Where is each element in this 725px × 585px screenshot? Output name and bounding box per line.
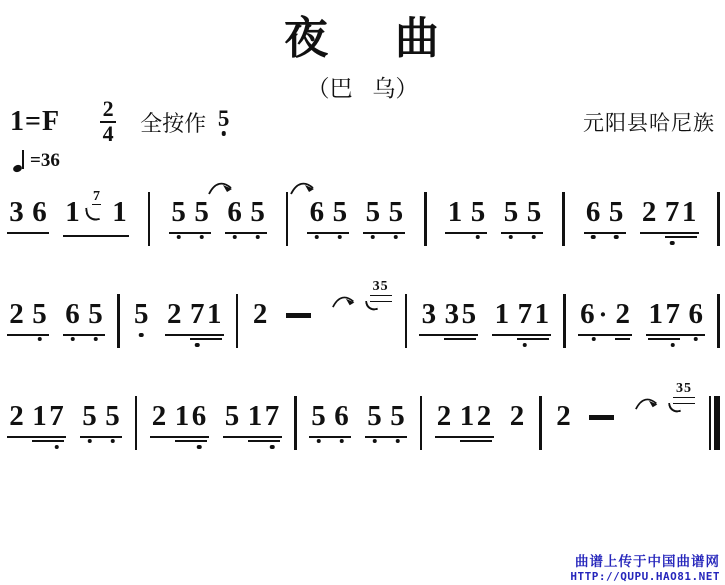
- note: 1: [648, 300, 663, 329]
- measure: 216517: [148, 402, 284, 438]
- barline: [562, 192, 565, 246]
- dash-note: [286, 300, 311, 318]
- note-number: 5: [367, 402, 382, 431]
- sixteenth-subgroup: 12: [460, 402, 492, 431]
- low-octave-dot: [87, 439, 92, 444]
- barline: [717, 294, 720, 348]
- page-title: 夜 曲: [0, 2, 725, 66]
- low-octave-dot: [395, 439, 400, 444]
- octave-dot: [221, 131, 226, 136]
- augmentation-dot: ·: [599, 302, 608, 328]
- beam-group: 65: [63, 300, 105, 336]
- note: 1: [447, 198, 462, 227]
- note: 2: [642, 198, 657, 227]
- note-number: 5: [82, 402, 97, 431]
- note: 7: [49, 402, 64, 431]
- low-octave-dot: [591, 337, 596, 342]
- low-octave-dot: [316, 439, 321, 444]
- low-octave-dot: [338, 235, 343, 240]
- low-octave-dot: [339, 439, 344, 444]
- beam-group: 55: [365, 402, 407, 438]
- time-signature-numerator: 2: [103, 99, 114, 120]
- note-number: 1: [248, 402, 263, 431]
- note-number: 6: [192, 402, 207, 431]
- note: 3: [9, 198, 24, 227]
- note-number: 6: [227, 198, 242, 227]
- note: 2: [9, 402, 24, 431]
- note-number: 5: [333, 198, 348, 227]
- note-number: 5: [504, 198, 519, 227]
- measure: 65271: [582, 198, 701, 234]
- sixteenth-subgroup: 71: [665, 198, 697, 227]
- final-barline-thin: [709, 396, 712, 450]
- barline: [717, 192, 720, 246]
- low-octave-dot: [255, 235, 260, 240]
- note-number: 1: [682, 198, 697, 227]
- barline: [135, 396, 138, 450]
- barline: [117, 294, 120, 348]
- measure: 5565: [167, 198, 269, 234]
- beam-group: 2: [508, 402, 527, 436]
- barline: [563, 294, 566, 348]
- sixteenth-subgroup: 71: [517, 300, 549, 329]
- note: 1: [32, 402, 47, 431]
- note: 5: [250, 198, 265, 227]
- note-number: 1: [460, 402, 475, 431]
- beam-group: 65: [584, 198, 626, 234]
- note-number: 1: [112, 198, 127, 227]
- note: 5: [365, 198, 380, 227]
- note-number: 2: [616, 300, 631, 329]
- barline: [294, 396, 297, 450]
- note: 6: [688, 300, 703, 329]
- low-octave-dot: [591, 235, 596, 240]
- note: 5: [503, 198, 518, 227]
- note: 7: [517, 300, 532, 329]
- note-number: 7: [190, 300, 205, 329]
- note: 2: [9, 300, 24, 329]
- note-number: 2: [556, 402, 571, 431]
- watermark: 曲谱上传于中国曲谱网 HTTP://QUPU.HAO81.NET: [570, 550, 720, 583]
- key-row: 1=F 2 4 全按作 5 元阳县哈尼族: [10, 100, 715, 144]
- low-octave-dot: [199, 235, 204, 240]
- note-number: 6: [65, 300, 80, 329]
- fingering-instruction: 全按作 5: [140, 107, 231, 138]
- note-number: 2: [9, 402, 24, 431]
- low-octave-dot: [509, 235, 514, 240]
- half-note-dash: [589, 415, 614, 420]
- note: 2: [437, 402, 452, 431]
- note: 6: [334, 402, 349, 431]
- note-number: 5: [88, 300, 103, 329]
- note-number: 5: [225, 402, 240, 431]
- note-number: 2: [253, 300, 268, 329]
- sixteenth-subgroup: 35: [444, 300, 476, 329]
- note-number: 1: [65, 198, 80, 227]
- note-number: 5: [527, 198, 542, 227]
- note-number: 1: [448, 198, 463, 227]
- half-note-dash: [286, 313, 311, 318]
- note: 5: [134, 300, 149, 329]
- note-number: 2: [167, 300, 182, 329]
- beam-group: 55: [169, 198, 211, 234]
- note-number: 2: [152, 402, 167, 431]
- note: 7: [665, 198, 680, 227]
- beam-group: 65: [225, 198, 267, 234]
- note-number: 3: [9, 198, 24, 227]
- note: 1: [494, 300, 509, 329]
- note-number: 5: [609, 198, 624, 227]
- beam-group: 55: [501, 198, 543, 234]
- low-octave-dot: [197, 445, 202, 450]
- note-number: 5: [471, 198, 486, 227]
- barline: [539, 396, 542, 450]
- note: 7: [190, 300, 205, 329]
- beam-group: 216: [150, 402, 209, 438]
- note-number: 5: [194, 198, 209, 227]
- note: 1: [248, 402, 263, 431]
- measure: 2122: [433, 402, 529, 438]
- low-octave-dot: [671, 343, 676, 348]
- note: 5: [225, 402, 240, 431]
- note-number: 3: [445, 300, 460, 329]
- glissando-arrow-icon: [331, 293, 359, 311]
- note-number: 1: [535, 300, 550, 329]
- note-number: 6: [334, 402, 349, 431]
- ornament-grace-notes: 35: [676, 382, 692, 396]
- note: 2: [167, 300, 182, 329]
- beam-group: [284, 300, 313, 323]
- note-number: 1: [32, 402, 47, 431]
- final-barline-thick: [714, 396, 720, 450]
- note-number: 6: [32, 198, 47, 227]
- note-number: 7: [666, 300, 681, 329]
- portamento-arrow-icon: [207, 180, 237, 197]
- note-number: 5: [390, 402, 405, 431]
- sixteenth-subgroup: 16: [175, 402, 207, 431]
- low-octave-dot: [315, 235, 320, 240]
- watermark-url: HTTP://QUPU.HAO81.NET: [570, 570, 720, 583]
- time-signature-denominator: 4: [103, 124, 114, 145]
- note: 3: [421, 300, 436, 329]
- ornament-grace-notes: 35: [373, 280, 389, 294]
- glissando-arrow-icon: [634, 395, 662, 413]
- note: 5: [390, 402, 405, 431]
- grace-note-number: 7: [92, 189, 101, 205]
- beam-group: 171: [492, 300, 551, 336]
- note-number: 5: [366, 198, 381, 227]
- ending-ornament: 35: [331, 284, 393, 326]
- note-number: 6: [689, 300, 704, 329]
- barline: [420, 396, 423, 450]
- note: 1: [175, 402, 190, 431]
- note-number: 2: [437, 402, 452, 431]
- note: 2: [253, 300, 268, 329]
- grace-hook-icon: [85, 206, 100, 222]
- sixteenth-subgroup: 2: [615, 300, 630, 329]
- note: 2: [477, 402, 492, 431]
- note: 6: [192, 402, 207, 431]
- note-number: 1: [495, 300, 510, 329]
- measure: 1555: [443, 198, 545, 234]
- measure: 235: [552, 402, 698, 444]
- score-system-2: 256552712353351716·2176: [0, 300, 725, 356]
- note: 5: [105, 402, 120, 431]
- note: 5: [32, 300, 47, 329]
- note-number: 5: [134, 300, 149, 329]
- portamento-arrow-icon: [289, 180, 319, 197]
- note-number: 5: [105, 402, 120, 431]
- grace-note: 7: [88, 198, 104, 230]
- low-octave-dot: [110, 439, 115, 444]
- sixteenth-subgroup: 71: [190, 300, 222, 329]
- beam-group: 271: [640, 198, 699, 234]
- low-octave-dot: [93, 337, 98, 342]
- note: 1: [112, 198, 127, 227]
- note: 5: [171, 198, 186, 227]
- low-octave-dot: [670, 241, 675, 246]
- beam-group: 171: [63, 198, 129, 237]
- ending-ornament: 35: [634, 386, 696, 428]
- measure: 235: [249, 300, 395, 342]
- beam-group: 56: [309, 402, 351, 438]
- beam-group: 5: [132, 300, 151, 334]
- low-octave-dot: [523, 343, 528, 348]
- note: 5: [470, 198, 485, 227]
- low-octave-dot: [394, 235, 399, 240]
- note: 3: [444, 300, 459, 329]
- measure: 5271: [130, 300, 226, 336]
- note: 2: [510, 402, 525, 431]
- note: 6·: [580, 300, 607, 329]
- low-octave-dot: [176, 235, 181, 240]
- note: 5: [194, 198, 209, 227]
- barline: [148, 192, 151, 246]
- tempo-value: =36: [30, 150, 60, 172]
- low-octave-dot: [372, 439, 377, 444]
- note: 6: [586, 198, 601, 227]
- beam-group: 335: [419, 300, 478, 336]
- sixteenth-subgroup: 17: [32, 402, 64, 431]
- measure: 21755: [5, 402, 124, 438]
- note-number: 3: [422, 300, 437, 329]
- barline: [405, 294, 408, 348]
- measure: 6555: [305, 198, 407, 234]
- note-number: 7: [49, 402, 64, 431]
- beam-group: 176: [646, 300, 705, 336]
- note: 1: [534, 300, 549, 329]
- beam-group: [587, 402, 616, 425]
- quarter-note-icon: [13, 148, 25, 172]
- beam-group: 55: [80, 402, 122, 438]
- low-octave-dot: [139, 333, 144, 338]
- note: 1: [460, 402, 475, 431]
- note: 5: [332, 198, 347, 227]
- beam-group: 2: [554, 402, 573, 436]
- low-octave-dot: [37, 337, 42, 342]
- barline: [236, 294, 239, 348]
- watermark-text: 曲谱上传于中国曲谱网: [570, 550, 720, 570]
- note-number: 6: [580, 300, 595, 329]
- note-number: 6: [310, 198, 325, 227]
- note-number: 1: [175, 402, 190, 431]
- note: 6: [227, 198, 242, 227]
- beam-group: 36: [7, 198, 49, 234]
- beam-group: 2: [251, 300, 270, 334]
- note-number: 6: [586, 198, 601, 227]
- time-signature: 2 4: [100, 99, 116, 145]
- low-octave-dot: [232, 235, 237, 240]
- note: 5: [88, 300, 103, 329]
- region-credit: 元阳县哈尼族: [583, 107, 715, 137]
- note: 6: [309, 198, 324, 227]
- note: 2: [152, 402, 167, 431]
- note: 5: [82, 402, 97, 431]
- low-octave-dot: [614, 235, 619, 240]
- note-number: 2: [9, 300, 24, 329]
- note-number: 5: [250, 198, 265, 227]
- low-octave-dot: [54, 445, 59, 450]
- note-number: 7: [265, 402, 280, 431]
- beam-group: 15: [445, 198, 487, 234]
- note-number: 5: [311, 402, 326, 431]
- note: 1: [682, 198, 697, 227]
- low-octave-dot: [532, 235, 537, 240]
- dash-note: [589, 402, 614, 420]
- low-octave-dot: [270, 445, 275, 450]
- low-octave-dot: [371, 235, 376, 240]
- score-system-3: 2175521651756552122235: [0, 402, 725, 458]
- note: 5: [609, 198, 624, 227]
- note: 5: [367, 402, 382, 431]
- sixteenth-subgroup: 17: [248, 402, 280, 431]
- beam-group: 65: [307, 198, 349, 234]
- low-octave-dot: [694, 337, 699, 342]
- note-number: 5: [32, 300, 47, 329]
- measure: 6·2176: [576, 300, 707, 336]
- note-number: 5: [171, 198, 186, 227]
- beam-group: 517: [223, 402, 282, 438]
- note-number: 1: [207, 300, 222, 329]
- note: 2: [556, 402, 571, 431]
- note: 5: [388, 198, 403, 227]
- note: 5: [311, 402, 326, 431]
- beam-group: 25: [7, 300, 49, 336]
- note: 6: [32, 198, 47, 227]
- key-signature: 1=F: [10, 106, 60, 138]
- fingering-label: 全按作: [140, 107, 206, 138]
- final-barline: [709, 396, 721, 450]
- barline: [424, 192, 427, 246]
- note: 7: [665, 300, 680, 329]
- fingering-note: 5: [216, 107, 231, 130]
- tempo-marking: =36: [13, 148, 60, 172]
- beam-group: 271: [165, 300, 224, 336]
- beam-group: 55: [363, 198, 405, 234]
- measure: 335171: [417, 300, 553, 336]
- note-number: 2: [477, 402, 492, 431]
- score-system-1: 3617155656555155565271: [0, 198, 725, 254]
- note-number: 7: [665, 198, 680, 227]
- note: 1: [207, 300, 222, 329]
- note: 5: [461, 300, 476, 329]
- measure: 2565: [5, 300, 107, 336]
- low-octave-dot: [476, 235, 481, 240]
- note-number: 5: [462, 300, 477, 329]
- low-octave-dot: [70, 337, 75, 342]
- note: 5: [526, 198, 541, 227]
- sheet-music-page: 夜 曲 （巴 乌） 1=F 2 4 全按作 5 元阳县哈尼族 =36 36171…: [0, 0, 725, 585]
- note-number: 5: [389, 198, 404, 227]
- barline: [286, 192, 289, 246]
- low-octave-dot: [195, 343, 200, 348]
- note-number: 1: [649, 300, 664, 329]
- measure: 36171: [5, 198, 131, 237]
- sixteenth-subgroup: 17: [648, 300, 680, 329]
- note-number: 2: [510, 402, 525, 431]
- score: 3617155656555155565271256552712353351716…: [0, 198, 725, 504]
- note-number: 2: [642, 198, 657, 227]
- beam-group: 217: [7, 402, 66, 438]
- note: 7: [265, 402, 280, 431]
- note: 6: [65, 300, 80, 329]
- note-number: 7: [518, 300, 533, 329]
- beam-group: 212: [435, 402, 494, 438]
- note: 1: [65, 198, 80, 227]
- beam-group: 6·2: [578, 300, 632, 336]
- note: 2: [615, 300, 630, 329]
- measure: 5655: [307, 402, 409, 438]
